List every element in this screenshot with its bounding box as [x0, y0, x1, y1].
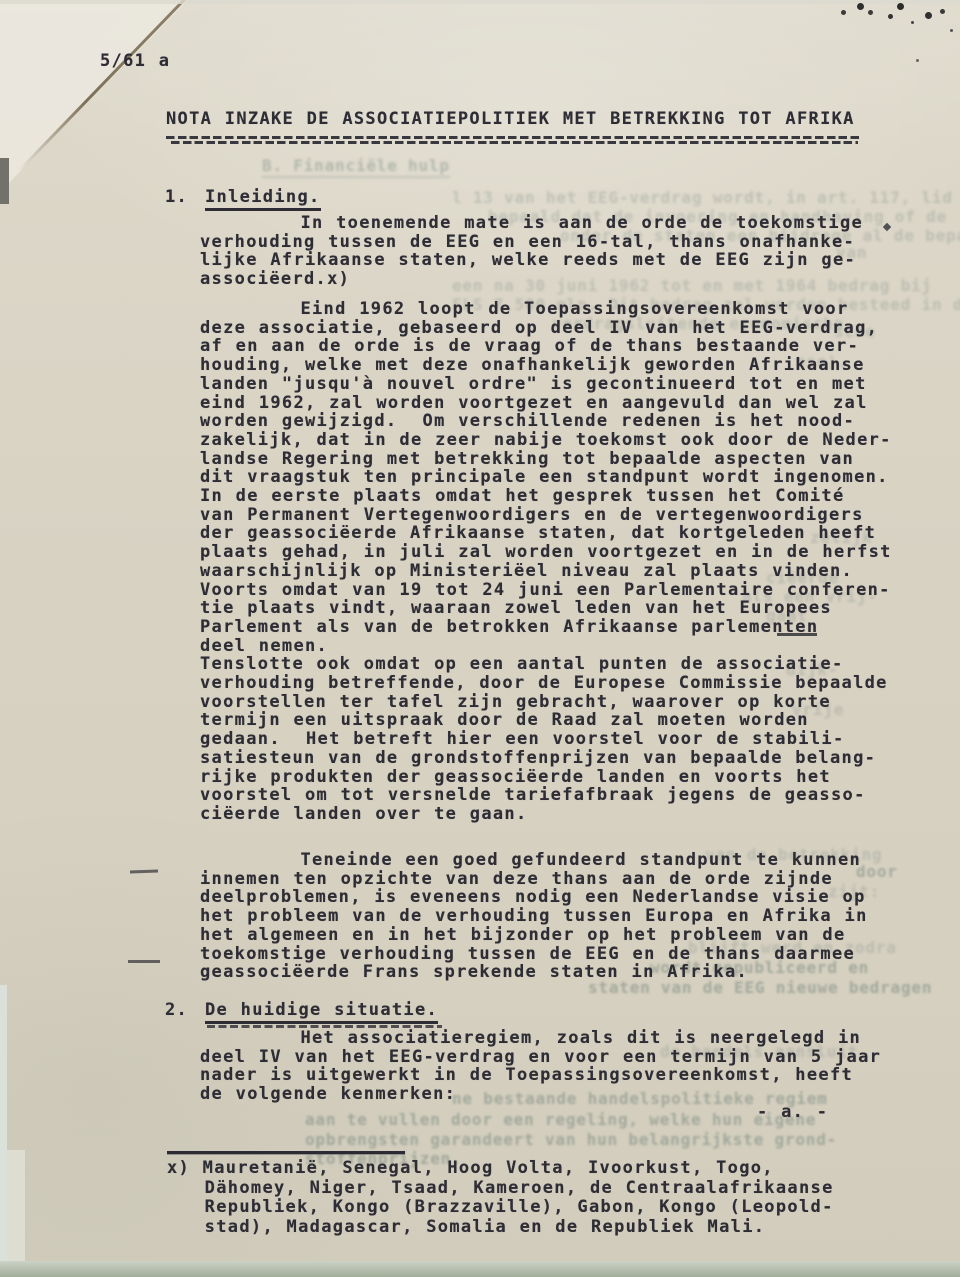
margin-diamond-mark [883, 223, 891, 231]
section-1-heading: 1. Inleiding. [165, 188, 321, 211]
corner-fold [0, 0, 200, 200]
paragraph-current-situation: Het associatieregiem, zoals dit is neerg… [200, 1029, 881, 1104]
paragraph-introduction: In toenemende mate is aan de orde de toe… [200, 214, 863, 289]
document-title: NOTA INZAKE DE ASSOCIATIEPOLITIEK MET BE… [166, 110, 855, 129]
section-1-number: 1. [165, 188, 205, 211]
footnote-country-list: x) Mauretanië, Senegal, Hoog Volta, Ivoo… [167, 1159, 834, 1237]
left-margin-dash-1 [130, 870, 158, 874]
top-scan-edge [0, 0, 960, 4]
section-2-number: 2. [165, 1001, 205, 1024]
bottom-scan-edge [0, 1261, 960, 1277]
left-margin-dash-2 [128, 960, 160, 963]
ghost-bleedthrough-text: l 13 van het EEG-verdrag wordt, in art. … [452, 188, 960, 207]
left-scan-edge [0, 985, 7, 1277]
ink-speckles [841, 10, 846, 15]
section-2-title: De huidige situatie. [205, 1001, 438, 1024]
paragraph-conclusion-intro: Teneinde een goed gefundeerd standpunt t… [200, 851, 868, 982]
overstrike-correction-mark [777, 633, 817, 636]
section-1-title: Inleiding. [205, 188, 321, 211]
paragraph-main-body: Eind 1962 loopt de Toepassingsovereenkom… [200, 300, 892, 824]
title-underline-rule [166, 136, 860, 145]
left-scan-edge-lower [7, 1150, 25, 1277]
section-2-heading: 2. De huidige situatie. [165, 1001, 438, 1024]
left-edge-mark [0, 158, 9, 204]
ghost-bleedthrough-text: B. Financiële hulp [262, 156, 450, 178]
footnote-separator-rule [167, 1151, 405, 1154]
scanned-memo-page: B. Financiële hulpl 13 van het EEG-verdr… [0, 0, 960, 1277]
ghost-bleedthrough-text: aan te vullen door een regeling, welke h… [305, 1110, 816, 1129]
page-continuation-mark: - a. - [757, 1103, 828, 1122]
ghost-bleedthrough-text: opbrengsten garandeert van hun belangrij… [305, 1130, 837, 1149]
reference-number: 5/61 a [100, 52, 170, 71]
